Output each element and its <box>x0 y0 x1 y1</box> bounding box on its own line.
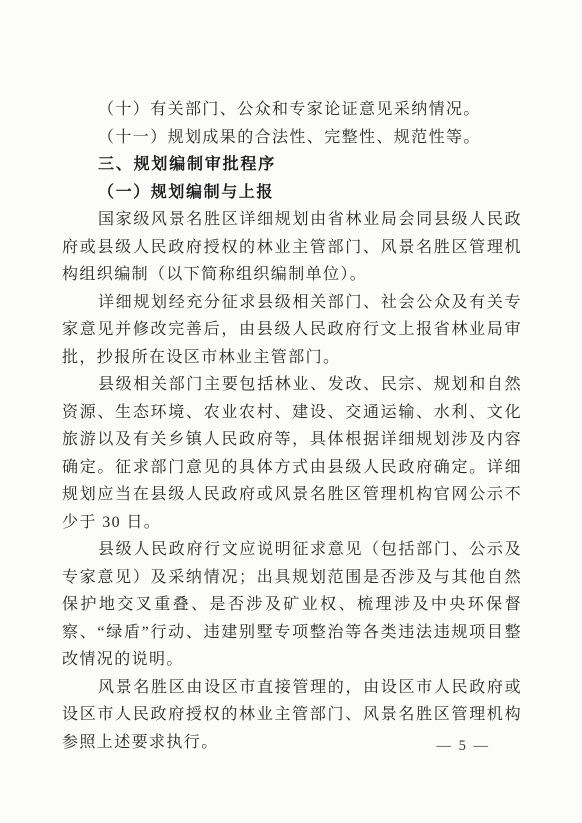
list-item-11: （十一）规划成果的合法性、完整性、规范性等。 <box>62 124 522 152</box>
document-content: （十）有关部门、公众和专家论证意见采纳情况。 （十一）规划成果的合法性、完整性、… <box>62 96 522 756</box>
section-heading: 三、规划编制审批程序 <box>62 151 522 179</box>
subsection-heading: （一）规划编制与上报 <box>62 179 522 207</box>
list-item-10: （十）有关部门、公众和专家论证意见采纳情况。 <box>62 96 522 124</box>
paragraph-departments: 县级相关部门主要包括林业、发改、民宗、规划和自然资源、生态环境、农业农村、建设、… <box>62 371 522 536</box>
page-number: — 5 — <box>437 738 491 755</box>
paragraph-report: 详细规划经充分征求县级相关部门、社会公众及有关专家意见并修改完善后，由县级人民政… <box>62 289 522 372</box>
document-page: （十）有关部门、公众和专家论证意见采纳情况。 （十一）规划成果的合法性、完整性、… <box>0 0 582 823</box>
paragraph-document-requirements: 县级人民政府行文应说明征求意见（包括部门、公示及专家意见）及采纳情况；出具规划范… <box>62 536 522 674</box>
paragraph-compilation: 国家级风景名胜区详细规划由省林业局会同县级人民政府或县级人民政府授权的林业主管部… <box>62 206 522 289</box>
